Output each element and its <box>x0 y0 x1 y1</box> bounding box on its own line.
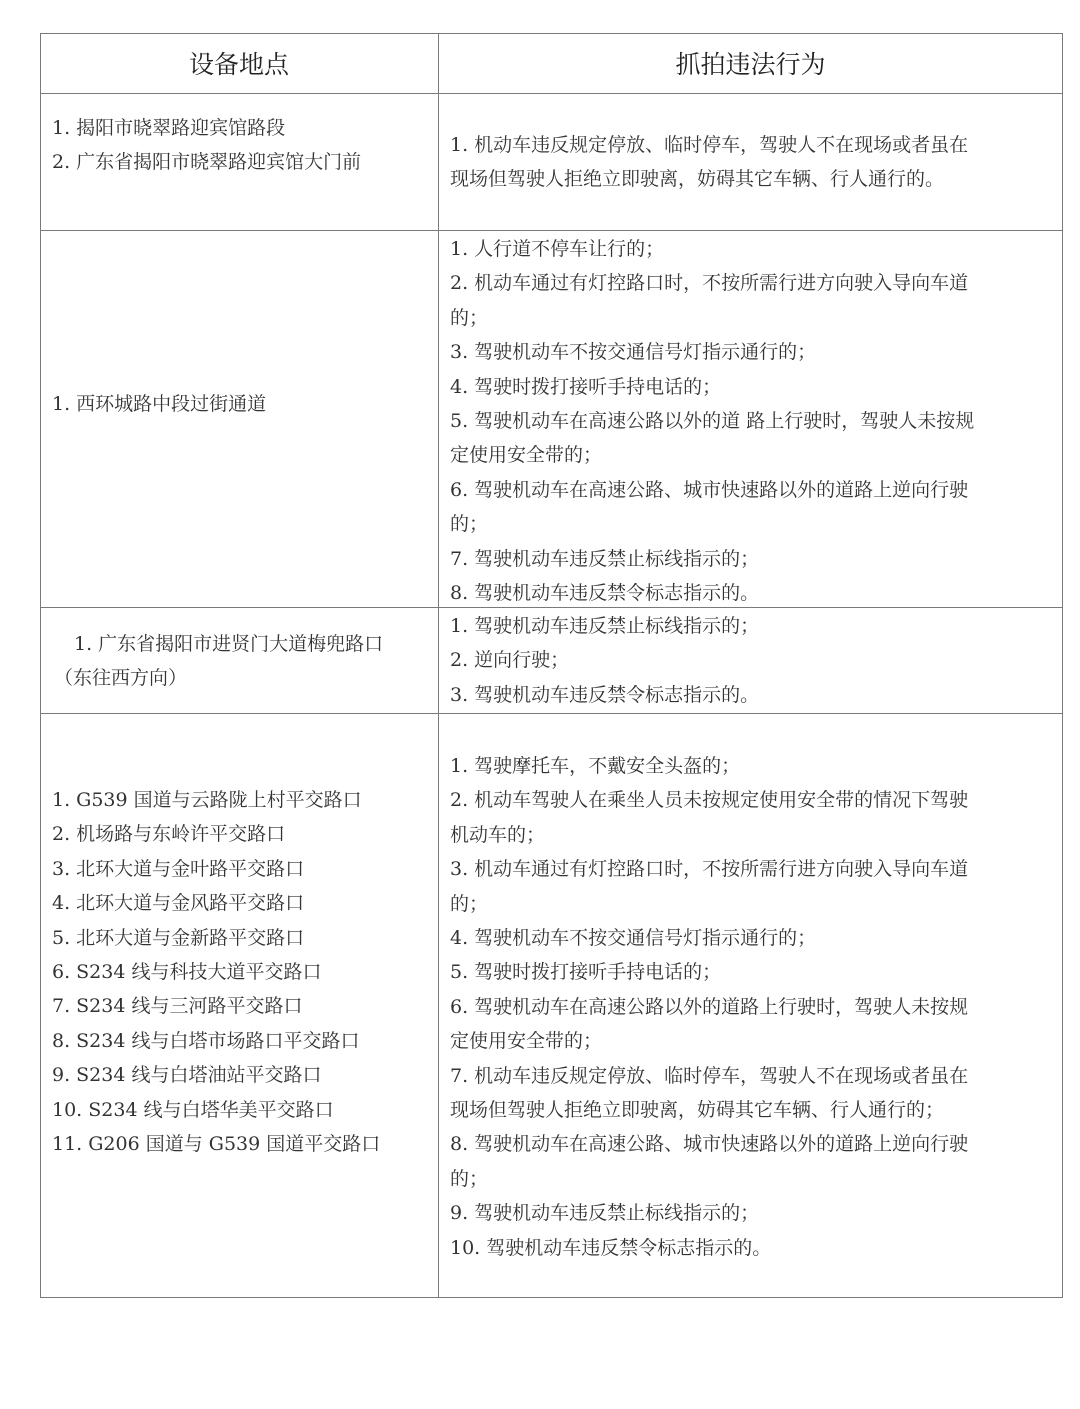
violation-line: 的； <box>450 1162 968 1196</box>
row-4-violations: 1. 驾驶摩托车，不戴安全头盔的； 2. 机动车驾驶人在乘坐人员未按规定使用安全… <box>450 749 968 1265</box>
violation-line: 3. 机动车通过有灯控路口时，不按所需行进方向驶入导向车道 <box>450 852 968 886</box>
location-item: 2. 机场路与东岭许平交路口 <box>52 817 380 851</box>
location-item: 11. G206 国道与 G539 国道平交路口 <box>52 1127 380 1161</box>
violation-line: 1. 人行道不停车让行的； <box>450 232 974 266</box>
location-item: 9. S234 线与白塔油站平交路口 <box>52 1058 380 1092</box>
violation-line: 10. 驾驶机动车违反禁令标志指示的。 <box>450 1231 968 1265</box>
location-item: 8. S234 线与白塔市场路口平交路口 <box>52 1024 380 1058</box>
violation-line: 2. 逆向行驶； <box>450 643 759 677</box>
row-1-violations: 1. 机动车违反规定停放、临时停车，驾驶人不在现场或者虽在 现场但驾驶人拒绝立即… <box>450 128 968 197</box>
row-3-locations: 1. 广东省揭阳市进贤门大道梅兜路口 （东往西方向） <box>74 627 383 696</box>
violation-line: 机动车的； <box>450 818 968 852</box>
violation-line: 7. 机动车违反规定停放、临时停车，驾驶人不在现场或者虽在 <box>450 1059 968 1093</box>
violation-line: 4. 驾驶机动车不按交通信号灯指示通行的； <box>450 921 968 955</box>
violation-line: 现场但驾驶人拒绝立即驶离，妨碍其它车辆、行人通行的； <box>450 1093 968 1127</box>
location-item: 7. S234 线与三河路平交路口 <box>52 989 380 1023</box>
location-item: 1. 揭阳市晓翠路迎宾馆路段 <box>52 111 361 145</box>
location-item: （东往西方向） <box>54 661 383 695</box>
violation-line: 3. 驾驶机动车违反禁令标志指示的。 <box>450 678 759 712</box>
violation-line: 5. 驾驶机动车在高速公路以外的道 路上行驶时，驾驶人未按规 <box>450 404 974 438</box>
row-2-violations: 1. 人行道不停车让行的； 2. 机动车通过有灯控路口时，不按所需行进方向驶入导… <box>450 232 974 610</box>
violation-line: 现场但驾驶人拒绝立即驶离，妨碍其它车辆、行人通行的。 <box>450 162 968 196</box>
row-2-locations: 1. 西环城路中段过街通道 <box>52 387 266 421</box>
row-4-locations: 1. G539 国道与云路陇上村平交路口 2. 机场路与东岭许平交路口 3. 北… <box>52 783 380 1161</box>
violation-line: 7. 驾驶机动车违反禁止标线指示的； <box>450 542 974 576</box>
location-item: 1. G539 国道与云路陇上村平交路口 <box>52 783 380 817</box>
violation-line: 1. 机动车违反规定停放、临时停车，驾驶人不在现场或者虽在 <box>450 128 968 162</box>
column-divider <box>438 33 439 1298</box>
row-divider <box>40 713 1063 714</box>
violation-line: 的； <box>450 301 974 335</box>
location-item: 4. 北环大道与金风路平交路口 <box>52 886 380 920</box>
header-violations: 抓拍违法行为 <box>438 33 1063 93</box>
location-item: 5. 北环大道与金新路平交路口 <box>52 921 380 955</box>
violation-line: 8. 驾驶机动车违反禁令标志指示的。 <box>450 576 974 610</box>
violation-line: 1. 驾驶机动车违反禁止标线指示的； <box>450 609 759 643</box>
violation-line: 定使用安全带的； <box>450 438 974 472</box>
violation-line: 定使用安全带的； <box>450 1024 968 1058</box>
violation-line: 的； <box>450 887 968 921</box>
violation-line: 6. 驾驶机动车在高速公路以外的道路上行驶时，驾驶人未按规 <box>450 990 968 1024</box>
row-3-violations: 1. 驾驶机动车违反禁止标线指示的； 2. 逆向行驶； 3. 驾驶机动车违反禁令… <box>450 609 759 712</box>
location-item: 1. 西环城路中段过街通道 <box>52 387 266 421</box>
location-item: 3. 北环大道与金叶路平交路口 <box>52 852 380 886</box>
location-item: 1. 广东省揭阳市进贤门大道梅兜路口 <box>74 627 383 661</box>
violation-line: 5. 驾驶时拨打接听手持电话的； <box>450 955 968 989</box>
location-item: 10. S234 线与白塔华美平交路口 <box>52 1093 380 1127</box>
violation-line: 6. 驾驶机动车在高速公路、城市快速路以外的道路上逆向行驶 <box>450 473 974 507</box>
violation-line: 4. 驾驶时拨打接听手持电话的； <box>450 370 974 404</box>
violation-line: 8. 驾驶机动车在高速公路、城市快速路以外的道路上逆向行驶 <box>450 1127 968 1161</box>
row-1-locations: 1. 揭阳市晓翠路迎宾馆路段 2. 广东省揭阳市晓翠路迎宾馆大门前 <box>52 111 361 180</box>
row-divider <box>40 230 1063 231</box>
violation-line: 3. 驾驶机动车不按交通信号灯指示通行的； <box>450 335 974 369</box>
violation-line: 2. 机动车通过有灯控路口时，不按所需行进方向驶入导向车道 <box>450 266 974 300</box>
violation-line: 9. 驾驶机动车违反禁止标线指示的； <box>450 1196 968 1230</box>
violation-line: 的； <box>450 507 974 541</box>
location-item: 2. 广东省揭阳市晓翠路迎宾馆大门前 <box>52 145 361 179</box>
violation-line: 1. 驾驶摩托车，不戴安全头盔的； <box>450 749 968 783</box>
row-divider <box>40 93 1063 94</box>
violation-line: 2. 机动车驾驶人在乘坐人员未按规定使用安全带的情况下驾驶 <box>450 783 968 817</box>
location-item: 6. S234 线与科技大道平交路口 <box>52 955 380 989</box>
header-location: 设备地点 <box>40 33 438 93</box>
